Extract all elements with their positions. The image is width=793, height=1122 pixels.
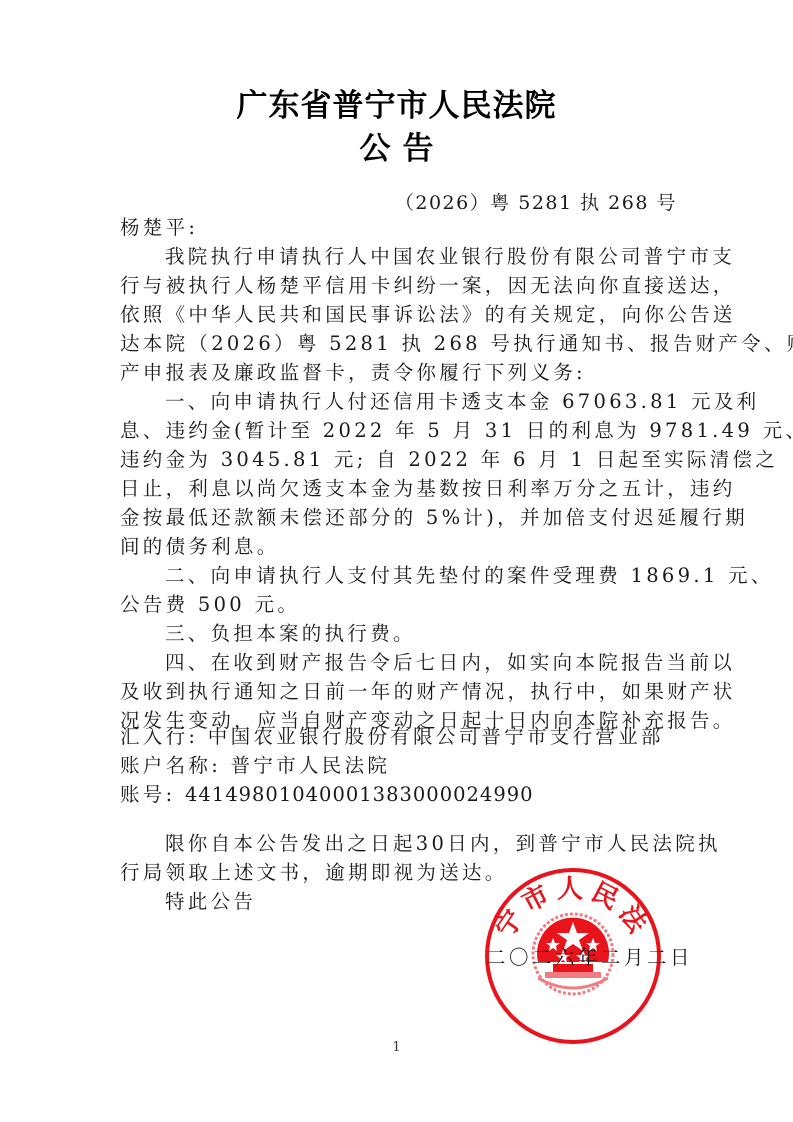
account-name-value: 普宁市人民法院 — [231, 754, 391, 777]
body-line: 金按最低还款额未偿还部分的 5%计)，并加倍支付迟延履行期 — [120, 503, 684, 532]
body-line: 息、违约金(暂计至 2022 年 5 月 31 日的利息为 9781.49 元、 — [120, 416, 684, 445]
issue-date: 二〇二六年二月二日 — [486, 942, 693, 970]
obligation-1: 一、向申请执行人付还信用卡透支本金 67063.81 元及利 — [120, 387, 684, 416]
closing-line: 限你自本公告发出之日起30日内，到普宁市人民法院执 — [120, 829, 690, 858]
account-number-value: 44149801040001383000024990 — [185, 783, 534, 806]
body-line: 行与被执行人杨楚平信用卡纠纷一案，因无法向你直接送达， — [120, 271, 684, 300]
document-type-title: 公告 — [0, 123, 793, 168]
bank-row: 汇入行: 中国农业银行股份有限公司普宁市支行营业部 — [120, 722, 664, 751]
account-number-label: 账号: — [120, 783, 175, 806]
body-line: 公告费 500 元。 — [120, 590, 684, 619]
obligation-2: 二、向申请执行人支付其先垫付的案件受理费 1869.1 元、 — [120, 561, 684, 590]
obligation-4: 四、在收到财产报告令后七日内，如实向本院报告当前以 — [120, 648, 684, 677]
body-line: 依照《中华人民共和国民事诉讼法》的有关规定，向你公告送 — [120, 300, 684, 329]
court-title: 广东省普宁市人民法院 — [0, 80, 793, 125]
bank-label: 汇入行: — [120, 725, 198, 748]
body-line: 产申报表及廉政监督卡，责令你履行下列义务: — [120, 358, 684, 387]
account-name-row: 账户名称: 普宁市人民法院 — [120, 751, 664, 780]
document-page: 广东省普宁市人民法院 公告 （2026）粤 5281 执 268 号 杨楚平: … — [0, 0, 793, 1122]
body-line: 违约金为 3045.81 元; 自 2022 年 6 月 1 日起至实际清偿之 — [120, 445, 684, 474]
body-line: 我院执行申请执行人中国农业银行股份有限公司普宁市支 — [120, 242, 684, 271]
account-name-label: 账户名称: — [120, 754, 221, 777]
body-line: 达本院（2026）粤 5281 执 268 号执行通知书、报告财产令、财 — [120, 329, 684, 358]
account-number-row: 账号: 44149801040001383000024990 — [120, 780, 664, 809]
payment-info: 汇入行: 中国农业银行股份有限公司普宁市支行营业部 账户名称: 普宁市人民法院 … — [120, 722, 664, 809]
addressee: 杨楚平: — [120, 213, 684, 242]
body-line: 日止，利息以尚欠透支本金为基数按日利率万分之五计，违约 — [120, 474, 684, 503]
case-number: （2026）粤 5281 执 268 号 — [395, 188, 677, 215]
obligation-3: 三、负担本案的执行费。 — [120, 619, 684, 648]
body-line: 及收到执行通知之日前一年的财产情况，执行中，如果财产状 — [120, 677, 684, 706]
bank-value: 中国农业银行股份有限公司普宁市支行营业部 — [208, 725, 664, 748]
page-number: 1 — [0, 1040, 793, 1055]
notice-body: 杨楚平: 我院执行申请执行人中国农业银行股份有限公司普宁市支 行与被执行人杨楚平… — [120, 213, 684, 735]
body-line: 间的债务利息。 — [120, 532, 684, 561]
